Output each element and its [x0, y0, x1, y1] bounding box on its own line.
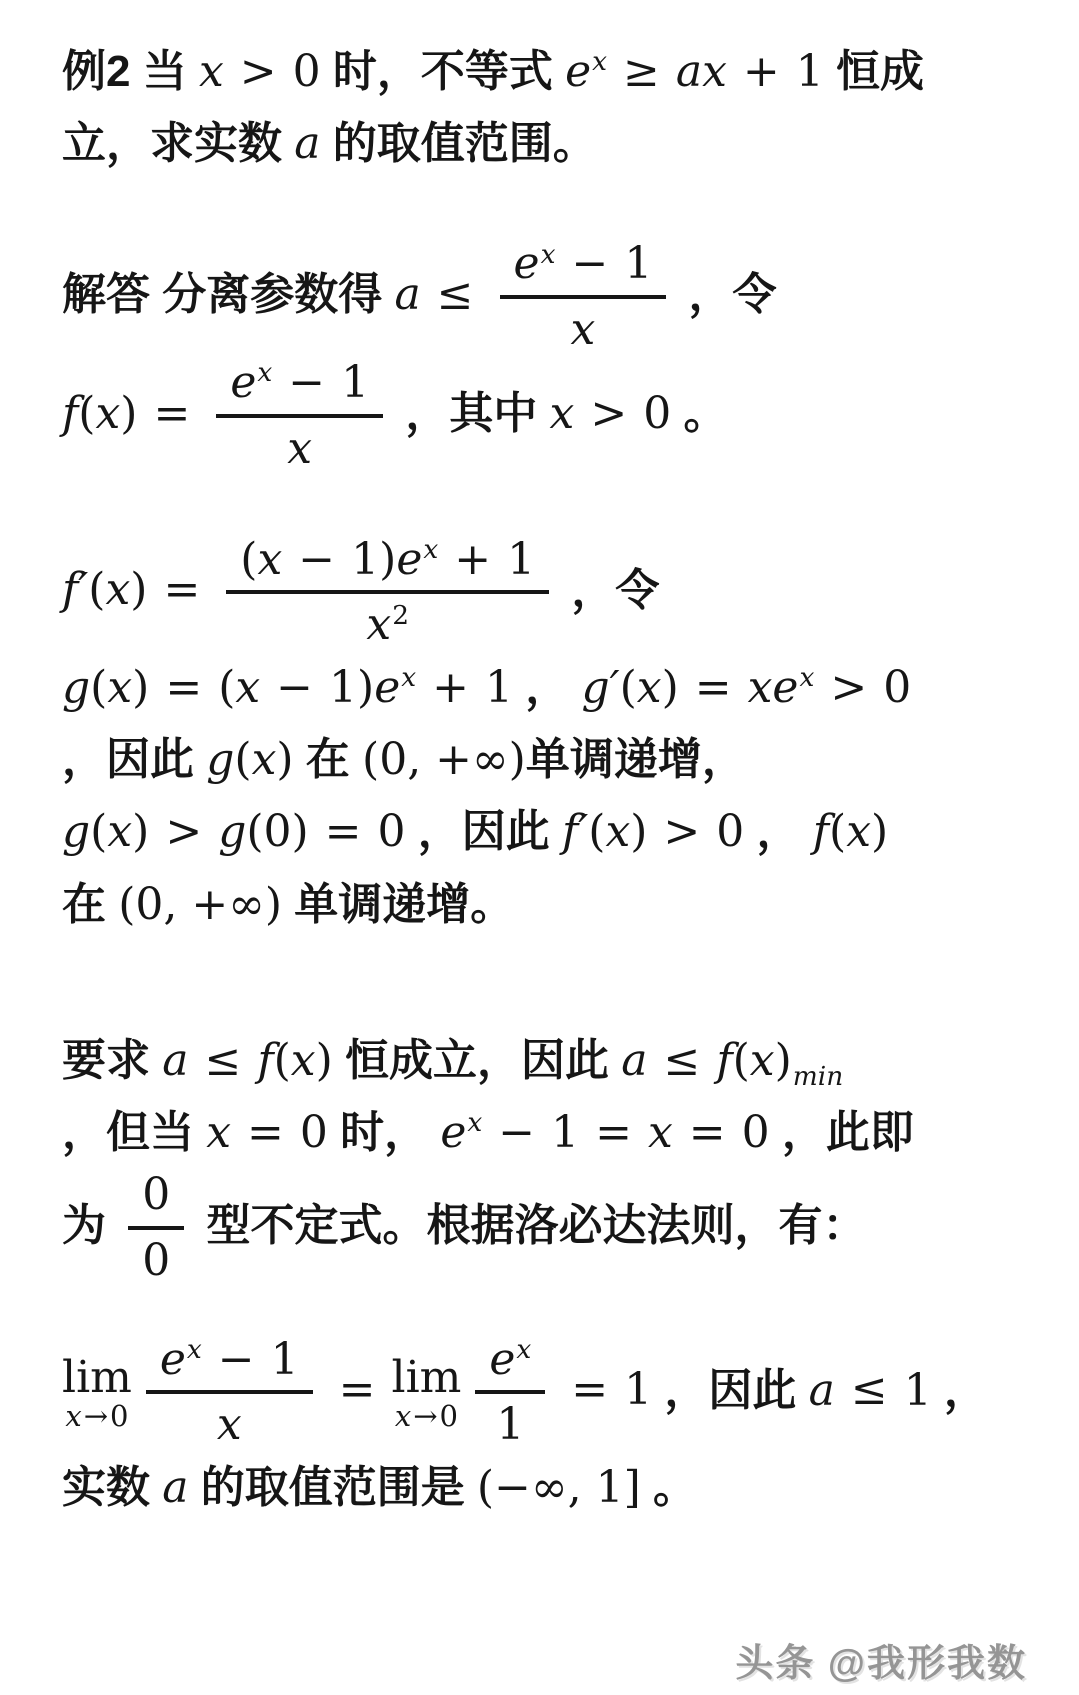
chinese-text: 的取值范围。	[320, 119, 596, 168]
math-operator: =	[149, 662, 218, 713]
math-literal: (	[90, 806, 107, 857]
math-expression: 00	[118, 1200, 194, 1251]
fraction: ex1	[475, 1334, 545, 1453]
math-literal: (	[620, 662, 637, 713]
math-variable: x	[291, 1035, 316, 1086]
math-variable: x	[206, 1107, 231, 1158]
math-variable: e	[565, 46, 591, 97]
limit: limx→0	[62, 1355, 132, 1432]
math-variable: f	[257, 1035, 273, 1086]
fraction-denominator: x2	[226, 590, 549, 652]
math-variable: x	[571, 304, 596, 355]
chinese-text: 单调递增。	[282, 880, 514, 929]
math-expression: f′(x) > 0	[562, 806, 744, 857]
math-operator: =	[323, 1364, 392, 1415]
chinese-text: 立，求实数	[62, 119, 294, 168]
fraction-numerator: ex	[475, 1334, 545, 1391]
math-expression: a	[294, 118, 320, 169]
chinese-text: ，因此	[652, 1365, 808, 1414]
chinese-text: ，此即	[770, 1108, 914, 1157]
math-literal: 1	[624, 1364, 652, 1415]
math-variable: a	[294, 118, 320, 169]
paragraph-derivative: f′(x) = (x − 1)ex + 1x2 ，令g(x) = (x − 1)…	[62, 534, 1023, 941]
superscript: x	[422, 534, 438, 565]
math-operator: →	[411, 1399, 439, 1433]
math-variable: e	[374, 662, 400, 713]
superscript: x	[256, 357, 272, 388]
math-operator: =	[231, 1107, 300, 1158]
math-solution-document: 例2 当 x > 0 时，不等式 ex ≥ ax + 1 恒成立，求实数 a 的…	[0, 0, 1079, 1695]
math-variable: g	[62, 806, 90, 857]
math-variable: a	[162, 1035, 188, 1086]
superscript: x	[186, 1334, 202, 1365]
math-expression: ex − 1 = x = 0	[440, 1107, 769, 1158]
limit-subscript: x→0	[392, 1401, 462, 1431]
math-operator: −	[272, 357, 341, 408]
math-variable: e	[440, 1107, 466, 1158]
chinese-text: 的取值范围是	[188, 1463, 476, 1512]
chinese-text: ，因此	[406, 807, 562, 856]
math-variable: e	[489, 1334, 515, 1385]
math-literal: 1	[271, 1334, 299, 1385]
math-variable: x	[550, 388, 575, 439]
math-variable: x	[217, 1399, 242, 1450]
math-literal: )	[662, 662, 679, 713]
math-variable: x	[257, 534, 282, 585]
math-operator: >	[814, 662, 883, 713]
paragraph-problem: 例2 当 x > 0 时，不等式 ex ≥ ax + 1 恒成立，求实数 a 的…	[62, 36, 1023, 180]
math-operator: −	[260, 662, 329, 713]
chinese-text: 在	[62, 880, 118, 929]
math-literal: )	[276, 734, 293, 785]
math-literal: (	[240, 534, 257, 585]
math-expression: g(x) > g(0) = 0	[62, 806, 406, 857]
fraction-numerator: ex − 1	[146, 1334, 313, 1391]
math-literal: 1	[341, 357, 369, 408]
math-operator: =	[579, 1107, 648, 1158]
math-operator: ≤	[835, 1364, 904, 1415]
math-literal: 1	[904, 1364, 932, 1415]
math-variable: g	[62, 662, 90, 713]
math-literal: 0	[440, 1399, 458, 1433]
math-literal: (	[274, 1035, 291, 1086]
math-literal: (−∞, 1]	[477, 1462, 641, 1513]
math-operator: →	[82, 1399, 110, 1433]
math-variable: x	[107, 662, 132, 713]
math-literal: (	[733, 1035, 750, 1086]
math-literal: 0	[142, 1169, 170, 1220]
math-expression: (0, +∞)	[362, 734, 526, 785]
math-variable: xe	[748, 662, 799, 713]
chinese-text: 时，不等式	[321, 47, 565, 96]
math-literal: 1	[551, 1107, 579, 1158]
superscript: x	[591, 46, 607, 77]
math-expression: a ≤ 1	[809, 1364, 932, 1415]
chinese-text: 时，	[328, 1108, 440, 1157]
math-expression: f(x) = ex − 1x	[62, 388, 393, 439]
math-literal: )	[120, 388, 137, 439]
math-expression: a	[162, 1462, 188, 1513]
math-literal: 0	[883, 662, 911, 713]
math-expression: limx→0ex − 1x = limx→0ex1 = 1	[62, 1364, 652, 1415]
math-variable: a	[621, 1035, 647, 1086]
math-literal: 0	[742, 1107, 770, 1158]
math-operator: =	[555, 1364, 624, 1415]
math-literal: (	[88, 564, 105, 615]
math-expression: g′(x) = xex > 0	[581, 662, 911, 713]
chinese-text: 单调递增，	[526, 735, 746, 784]
math-operator: +	[416, 662, 485, 713]
limit: limx→0	[392, 1355, 462, 1432]
math-variable: a	[394, 269, 420, 320]
math-literal: )	[130, 564, 147, 615]
math-operator: =	[147, 564, 216, 615]
chinese-text: 当	[130, 47, 198, 96]
math-variable: x	[637, 662, 662, 713]
math-literal: 1	[507, 534, 535, 585]
math-variable: x	[366, 599, 391, 650]
math-expression: f′(x) = (x − 1)ex + 1x2	[62, 564, 559, 615]
math-operator: ≤	[188, 1035, 257, 1086]
math-expression: x = 0	[206, 1107, 328, 1158]
math-expression: x > 0	[199, 46, 321, 97]
math-expression: ex ≥ ax + 1	[565, 46, 824, 97]
math-variable: x	[287, 423, 312, 474]
fraction: ex − 1x	[146, 1334, 313, 1453]
chinese-text: 解答 分离参数得	[62, 270, 394, 319]
chinese-text-bold: 例2	[62, 47, 130, 96]
math-literal: )	[132, 806, 149, 857]
math-operator: +	[727, 46, 796, 97]
math-operator: −	[482, 1107, 551, 1158]
chinese-text: 在	[294, 735, 362, 784]
math-operator: >	[647, 806, 716, 857]
math-expression: a ≤ ex − 1x	[394, 269, 676, 320]
superscript: x	[540, 239, 556, 270]
superscript: x	[466, 1107, 482, 1138]
math-variable: g	[218, 806, 246, 857]
chinese-text: ，	[932, 1365, 988, 1414]
fraction: ex − 1x	[500, 238, 667, 357]
math-literal: 0	[716, 806, 744, 857]
paragraph-minimum: 要求 a ≤ f(x) 恒成立，因此 a ≤ f(x)min，但当 x = 0 …	[62, 1025, 1023, 1288]
math-literal: 1	[624, 238, 652, 289]
math-operator: ≤	[647, 1035, 716, 1086]
math-literal: 1)	[329, 662, 374, 713]
math-literal: (0)	[246, 806, 308, 857]
math-expression: a ≤ f(x)min	[621, 1035, 843, 1086]
math-variable: x	[605, 806, 630, 857]
math-operator: ≤	[421, 269, 490, 320]
math-literal: 1)	[351, 534, 396, 585]
math-expression: g(x) = (x − 1)ex + 1	[62, 662, 513, 713]
math-literal: (0, +∞)	[362, 734, 526, 785]
math-literal: (	[90, 662, 107, 713]
math-operator: −	[202, 1334, 271, 1385]
fraction-denominator: 1	[475, 1390, 545, 1452]
math-literal: 0	[110, 1399, 128, 1433]
math-variable: f′	[562, 806, 588, 857]
chinese-text: ，令	[559, 565, 659, 614]
math-literal: )	[316, 1035, 333, 1086]
math-literal: )	[630, 806, 647, 857]
math-literal: )	[775, 1035, 792, 1086]
math-literal: )	[132, 662, 149, 713]
watermark: 头条 @我形我数	[735, 1632, 1027, 1687]
math-literal: 1	[485, 662, 513, 713]
math-literal: (0, +∞)	[118, 879, 282, 930]
math-literal: )	[871, 806, 888, 857]
chinese-text: 要求	[62, 1036, 162, 1085]
math-operator: ≥	[607, 46, 676, 97]
math-operator: =	[309, 806, 378, 857]
math-operator: >	[149, 806, 218, 857]
math-literal: 0	[300, 1107, 328, 1158]
math-literal: 1	[796, 46, 824, 97]
math-literal: 0	[293, 46, 321, 97]
chinese-text: ，因此	[62, 735, 206, 784]
math-variable: f′	[62, 564, 88, 615]
chinese-text: ，其中	[393, 389, 549, 438]
limit-word: lim	[392, 1355, 462, 1401]
math-variable: f	[716, 1035, 732, 1086]
math-variable: e	[514, 238, 540, 289]
fraction-numerator: ex − 1	[216, 357, 383, 414]
chinese-text: ，	[744, 807, 812, 856]
math-operator: =	[673, 1107, 742, 1158]
fraction: ex − 1x	[216, 357, 383, 476]
math-operator: >	[574, 388, 643, 439]
fraction: 00	[128, 1169, 184, 1288]
superscript: 2	[391, 600, 409, 631]
math-variable: x	[235, 662, 260, 713]
math-literal: 0	[643, 388, 671, 439]
limit-word: lim	[62, 1355, 132, 1401]
math-literal: (	[234, 734, 251, 785]
chinese-text: 型不定式。根据洛必达法则，有：	[194, 1201, 866, 1250]
math-expression: x > 0	[550, 388, 672, 439]
fraction-denominator: x	[146, 1390, 313, 1452]
math-literal: (	[588, 806, 605, 857]
math-operator: −	[282, 534, 351, 585]
superscript: x	[400, 662, 416, 693]
math-variable: e	[230, 357, 256, 408]
paragraphs-container: 例2 当 x > 0 时，不等式 ex ≥ ax + 1 恒成立，求实数 a 的…	[0, 0, 1079, 1524]
math-variable: x	[95, 388, 120, 439]
math-variable: ax	[676, 46, 727, 97]
math-literal: 1	[496, 1399, 524, 1450]
math-variable: a	[162, 1462, 188, 1513]
math-variable: x	[105, 564, 130, 615]
paragraph-separate: 解答 分离参数得 a ≤ ex − 1x ，令f(x) = ex − 1x ，其…	[62, 238, 1023, 475]
math-operator: =	[137, 388, 206, 439]
superscript: x	[798, 662, 814, 693]
chinese-text: 实数	[62, 1463, 162, 1512]
fraction-numerator: ex − 1	[500, 238, 667, 295]
fraction-denominator: 0	[128, 1226, 184, 1288]
math-operator: −	[555, 238, 624, 289]
math-variable: f	[813, 806, 829, 857]
math-variable: x	[750, 1035, 775, 1086]
fraction-numerator: (x − 1)ex + 1	[226, 534, 549, 591]
math-variable: e	[160, 1334, 186, 1385]
superscript: x	[515, 1334, 531, 1365]
math-expression: f(x)	[813, 806, 888, 857]
math-variable: g′	[581, 662, 619, 713]
fraction-denominator: x	[216, 414, 383, 476]
math-literal: (	[829, 806, 846, 857]
math-variable: x	[846, 806, 871, 857]
chinese-text: ，但当	[62, 1108, 206, 1157]
chinese-text: 为	[62, 1201, 118, 1250]
math-variable: x	[648, 1107, 673, 1158]
math-operator: =	[679, 662, 748, 713]
math-variable: x	[107, 806, 132, 857]
math-literal: 0	[142, 1235, 170, 1286]
fraction-numerator: 0	[128, 1169, 184, 1226]
math-variable: x	[65, 1399, 81, 1433]
math-expression: (0, +∞)	[118, 879, 282, 930]
chinese-text: 。	[671, 389, 727, 438]
chinese-text: 恒成立，因此	[333, 1036, 621, 1085]
subscript: min	[792, 1061, 843, 1092]
math-variable: e	[396, 534, 422, 585]
math-operator: +	[438, 534, 507, 585]
math-variable: x	[395, 1399, 411, 1433]
fraction-denominator: x	[500, 295, 667, 357]
math-expression: a ≤ f(x)	[162, 1035, 333, 1086]
math-literal: 0	[378, 806, 406, 857]
chinese-text: 恒成	[824, 47, 924, 96]
math-variable: x	[252, 734, 277, 785]
math-literal: (	[218, 662, 235, 713]
math-expression: (−∞, 1]	[477, 1462, 641, 1513]
chinese-text: ，	[513, 663, 581, 712]
limit-subscript: x→0	[62, 1401, 132, 1431]
math-variable: x	[199, 46, 224, 97]
chinese-text: ，令	[676, 270, 776, 319]
math-operator: >	[224, 46, 293, 97]
math-variable: g	[206, 734, 234, 785]
math-literal: (	[78, 388, 95, 439]
paragraph-limit: limx→0ex − 1x = limx→0ex1 = 1 ，因此 a ≤ 1 …	[62, 1334, 1023, 1525]
fraction: (x − 1)ex + 1x2	[226, 534, 549, 653]
math-expression: g(x)	[206, 734, 293, 785]
math-variable: f	[62, 388, 78, 439]
math-variable: a	[809, 1364, 835, 1415]
chinese-text: 。	[641, 1463, 697, 1512]
